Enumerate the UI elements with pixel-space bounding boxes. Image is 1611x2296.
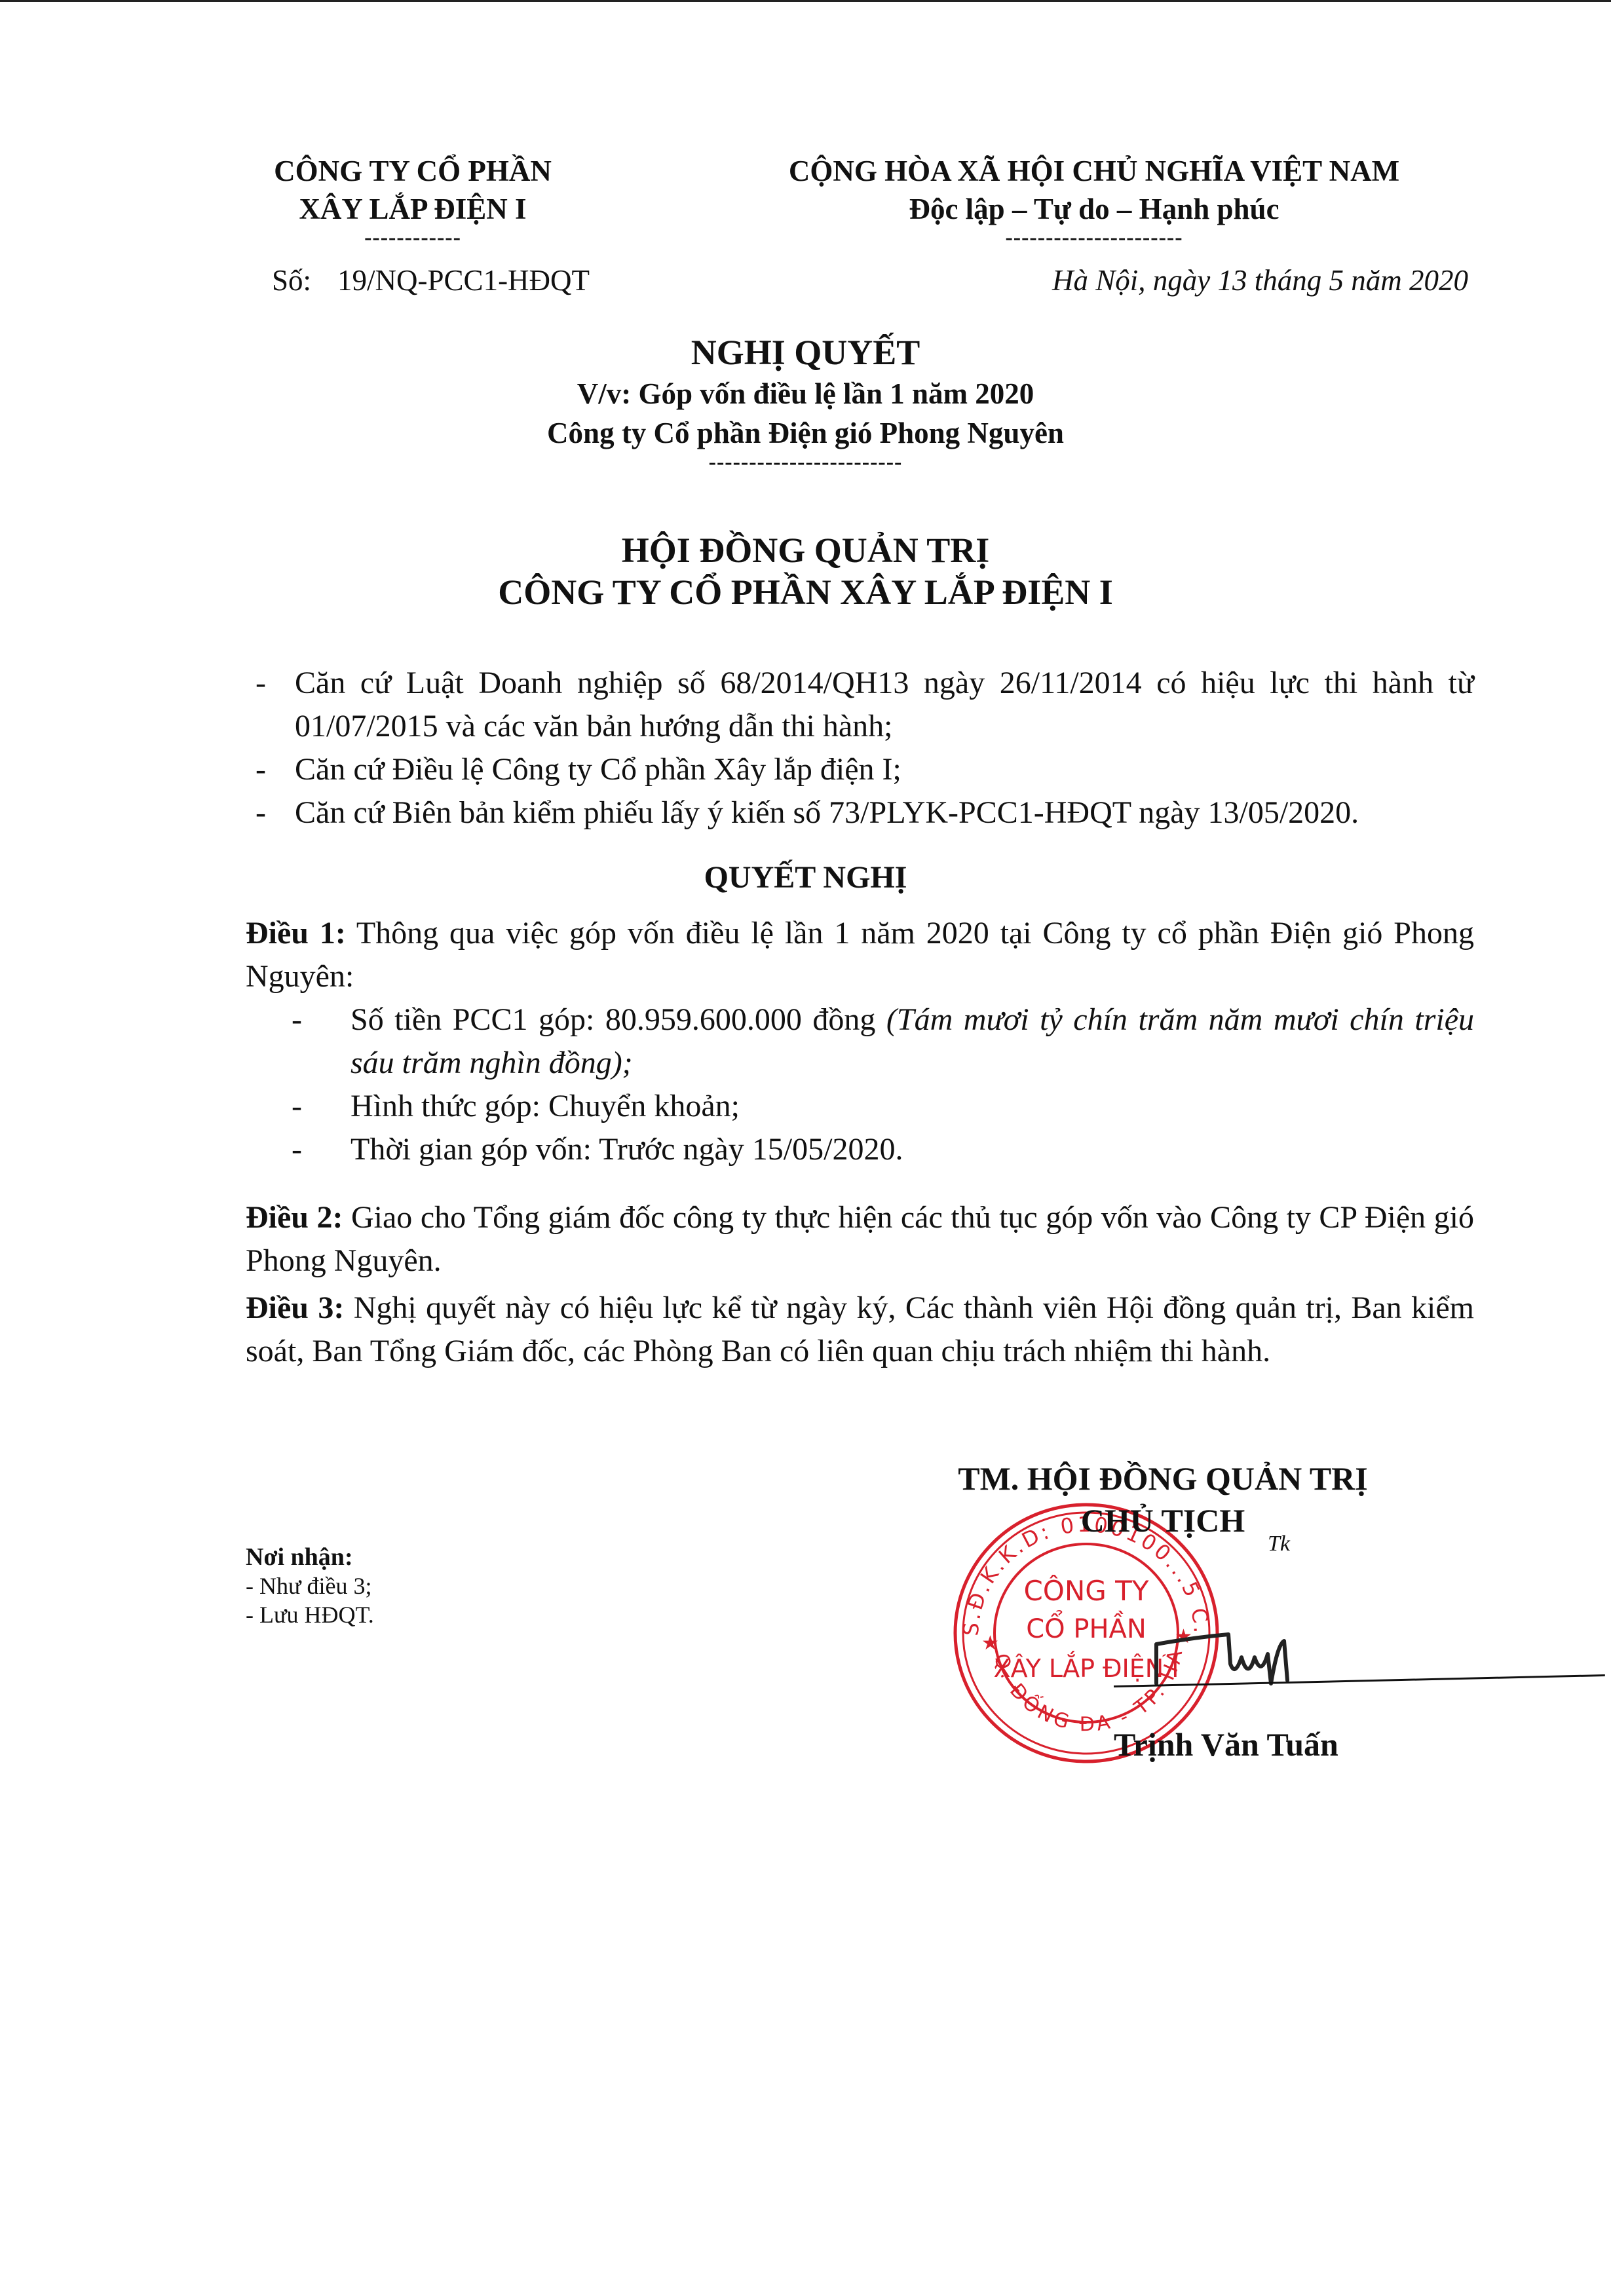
article-1-items: - Số tiền PCC1 góp: 80.959.600.000 đồng … [292,998,1474,1171]
nation-name: CỘNG HÒA XÃ HỘI CHỦ NGHĨA VIỆT NAM [727,152,1461,190]
place-date: Hà Nội, ngày 13 tháng 5 năm 2020 [1052,263,1468,297]
article-3: Điều 3: Nghị quyết này có hiệu lực kể từ… [246,1287,1474,1373]
legal-bases-list: - Căn cứ Luật Doanh nghiệp số 68/2014/QH… [256,662,1474,835]
legal-basis-item: - Căn cứ Luật Doanh nghiệp số 68/2014/QH… [256,662,1474,748]
recipients-heading: Nơi nhận: [246,1543,374,1571]
signature-title-block: TM. HỘI ĐỒNG QUẢN TRỊ CHỦ TỊCH [914,1458,1412,1541]
handwritten-signature-icon [1153,1618,1297,1690]
seal-center-line2: CỔ PHẦN [1026,1609,1147,1644]
recipients-block: Nơi nhận: - Như điều 3; - Lưu HĐQT. [246,1543,374,1629]
item-text: Hình thức góp: Chuyển khoản; [351,1089,740,1123]
signature-position: CHỦ TỊCH [914,1499,1412,1541]
motto-divider: ---------------------- [727,228,1461,248]
company-name-line1: CÔNG TY CỔ PHẦN [262,152,563,190]
decision-heading: QUYẾT NGHỊ [0,859,1611,895]
article-3-label: Điều 3: [246,1290,344,1325]
article-1-label: Điều 1: [246,916,346,950]
svg-text:★: ★ [981,1632,999,1655]
article-2-text: Giao cho Tổng giám đốc công ty thực hiện… [246,1200,1474,1278]
nation-motto: Độc lập – Tự do – Hạnh phúc [727,190,1461,228]
article-1: Điều 1: Thông qua việc góp vốn điều lệ l… [246,912,1474,1171]
company-name-line2: XÂY LẮP ĐIỆN I [262,190,563,228]
article-3-text: Nghị quyết này có hiệu lực kể từ ngày ký… [246,1290,1474,1368]
bullet: - [292,998,302,1042]
article-1-item: - Số tiền PCC1 góp: 80.959.600.000 đồng … [292,998,1474,1085]
article-1-item: - Hình thức góp: Chuyển khoản; [292,1085,1474,1128]
document-subject-company: Công ty Cổ phần Điện gió Phong Nguyên [0,413,1611,453]
document-number-value: 19/NQ-PCC1-HĐQT [337,264,590,297]
title-divider: ------------------------ [0,453,1611,472]
seal-center-line1: CÔNG TY [1023,1574,1148,1607]
legal-basis-text: Căn cứ Điều lệ Công ty Cổ phần Xây lắp đ… [295,752,901,787]
article-2: Điều 2: Giao cho Tổng giám đốc công ty t… [246,1196,1474,1283]
signature-on-behalf: TM. HỘI ĐỒNG QUẢN TRỊ [914,1458,1412,1499]
signer-name: Trịnh Văn Tuấn [1114,1725,1338,1763]
item-text: Thời gian góp vốn: Trước ngày 15/05/2020… [351,1132,903,1167]
bullet: - [256,662,266,705]
issuing-company-block: CÔNG TY CỔ PHẦN XÂY LẮP ĐIỆN I ---------… [262,152,563,248]
document-number: Số:19/NQ-PCC1-HĐQT [272,263,590,297]
document-subject: V/v: Góp vốn điều lệ lần 1 năm 2020 [0,374,1611,413]
article-2-label: Điều 2: [246,1200,343,1235]
issuer-block: HỘI ĐỒNG QUẢN TRỊ CÔNG TY CỔ PHẦN XÂY LẮ… [0,529,1611,613]
seal-center-line3: XÂY LẮP ĐIỆN I [994,1651,1179,1683]
document-title-block: NGHỊ QUYẾT V/v: Góp vốn điều lệ lần 1 nă… [0,331,1611,472]
recipient-item: - Như điều 3; [246,1571,374,1600]
document-number-label: Số: [272,264,311,297]
document-title: NGHỊ QUYẾT [0,331,1611,374]
article-1-text: Thông qua việc góp vốn điều lệ lần 1 năm… [246,916,1474,994]
recipient-item: - Lưu HĐQT. [246,1600,374,1629]
bullet: - [256,748,266,791]
article-1-item: - Thời gian góp vốn: Trước ngày 15/05/20… [292,1128,1474,1171]
issuer-line1: HỘI ĐỒNG QUẢN TRỊ [0,529,1611,571]
scan-top-border [0,0,1611,2]
legal-basis-text: Căn cứ Luật Doanh nghiệp số 68/2014/QH13… [295,666,1474,743]
bullet: - [292,1128,302,1171]
signature-initial: Tk [1268,1532,1290,1556]
bullet: - [292,1085,302,1128]
national-motto-block: CỘNG HÒA XÃ HỘI CHỦ NGHĨA VIỆT NAM Độc l… [727,152,1461,248]
legal-basis-item: - Căn cứ Điều lệ Công ty Cổ phần Xây lắp… [256,748,1474,791]
legal-basis-text: Căn cứ Biên bản kiểm phiếu lấy ý kiến số… [295,795,1359,830]
legal-basis-item: - Căn cứ Biên bản kiểm phiếu lấy ý kiến … [256,791,1474,835]
bullet: - [256,791,266,835]
company-divider: ------------ [262,228,563,248]
item-text: Số tiền PCC1 góp: 80.959.600.000 đồng [351,1002,886,1037]
issuer-line2: CÔNG TY CỔ PHẦN XÂY LẮP ĐIỆN I [0,571,1611,613]
